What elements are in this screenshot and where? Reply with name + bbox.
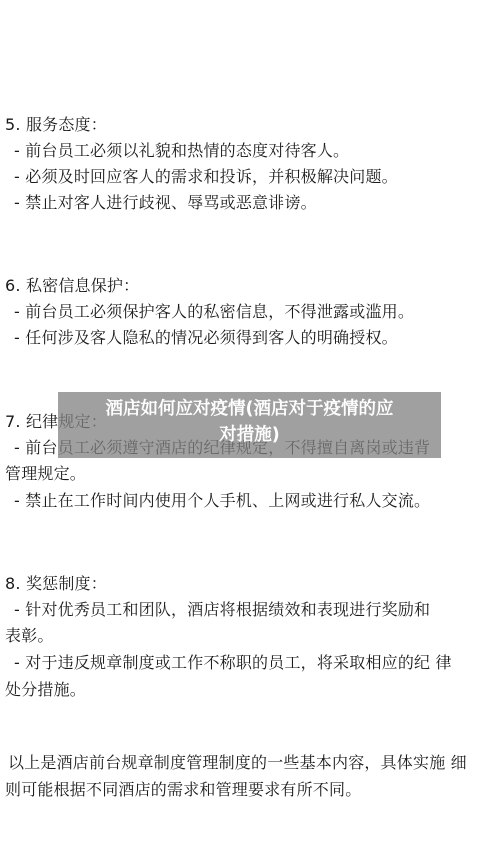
list-item: - 对于违反规章制度或工作不称职的员工，将采取相应的纪 律 [14,650,500,676]
list-item-continuation: 管理规定。 [5,461,500,487]
section-heading-rewards-penalties: 8. 奖惩制度： [5,571,500,597]
list-item-continuation: 处分措施。 [5,677,500,703]
list-item: - 前台员工必须以礼貌和热情的态度对待客人。 [14,138,500,164]
summary-paragraph-line: 以上是酒店前台规章制度管理制度的一些基本内容，具体实施 细 [8,750,500,776]
list-item-continuation: 表彰。 [5,623,500,649]
list-item: - 针对优秀员工和团队，酒店将根据绩效和表现进行奖励和 [14,597,500,623]
section-heading-service-attitude: 5. 服务态度： [5,112,500,138]
list-item: - 禁止在工作时间内使用个人手机、上网或进行私人交流。 [14,488,500,514]
list-item: - 必须及时回应客人的需求和投诉，并积极解决问题。 [14,164,500,190]
overlay-title-line: 对措施) [66,422,433,448]
list-item: - 禁止对客人进行歧视、辱骂或恶意诽谤。 [14,190,500,216]
list-item: - 任何涉及客人隐私的情况必须得到客人的明确授权。 [14,325,500,351]
summary-paragraph-line: 则可能根据不同酒店的需求和管理要求有所不同。 [5,777,500,803]
article-title-overlay[interactable]: 酒店如何应对疫情(酒店对于疫情的应 对措施) [58,392,441,458]
overlay-title-line: 酒店如何应对疫情(酒店对于疫情的应 [66,396,433,422]
list-item: - 前台员工必须保护客人的私密信息，不得泄露或滥用。 [14,299,500,325]
section-heading-privacy: 6. 私密信息保护： [5,273,500,299]
